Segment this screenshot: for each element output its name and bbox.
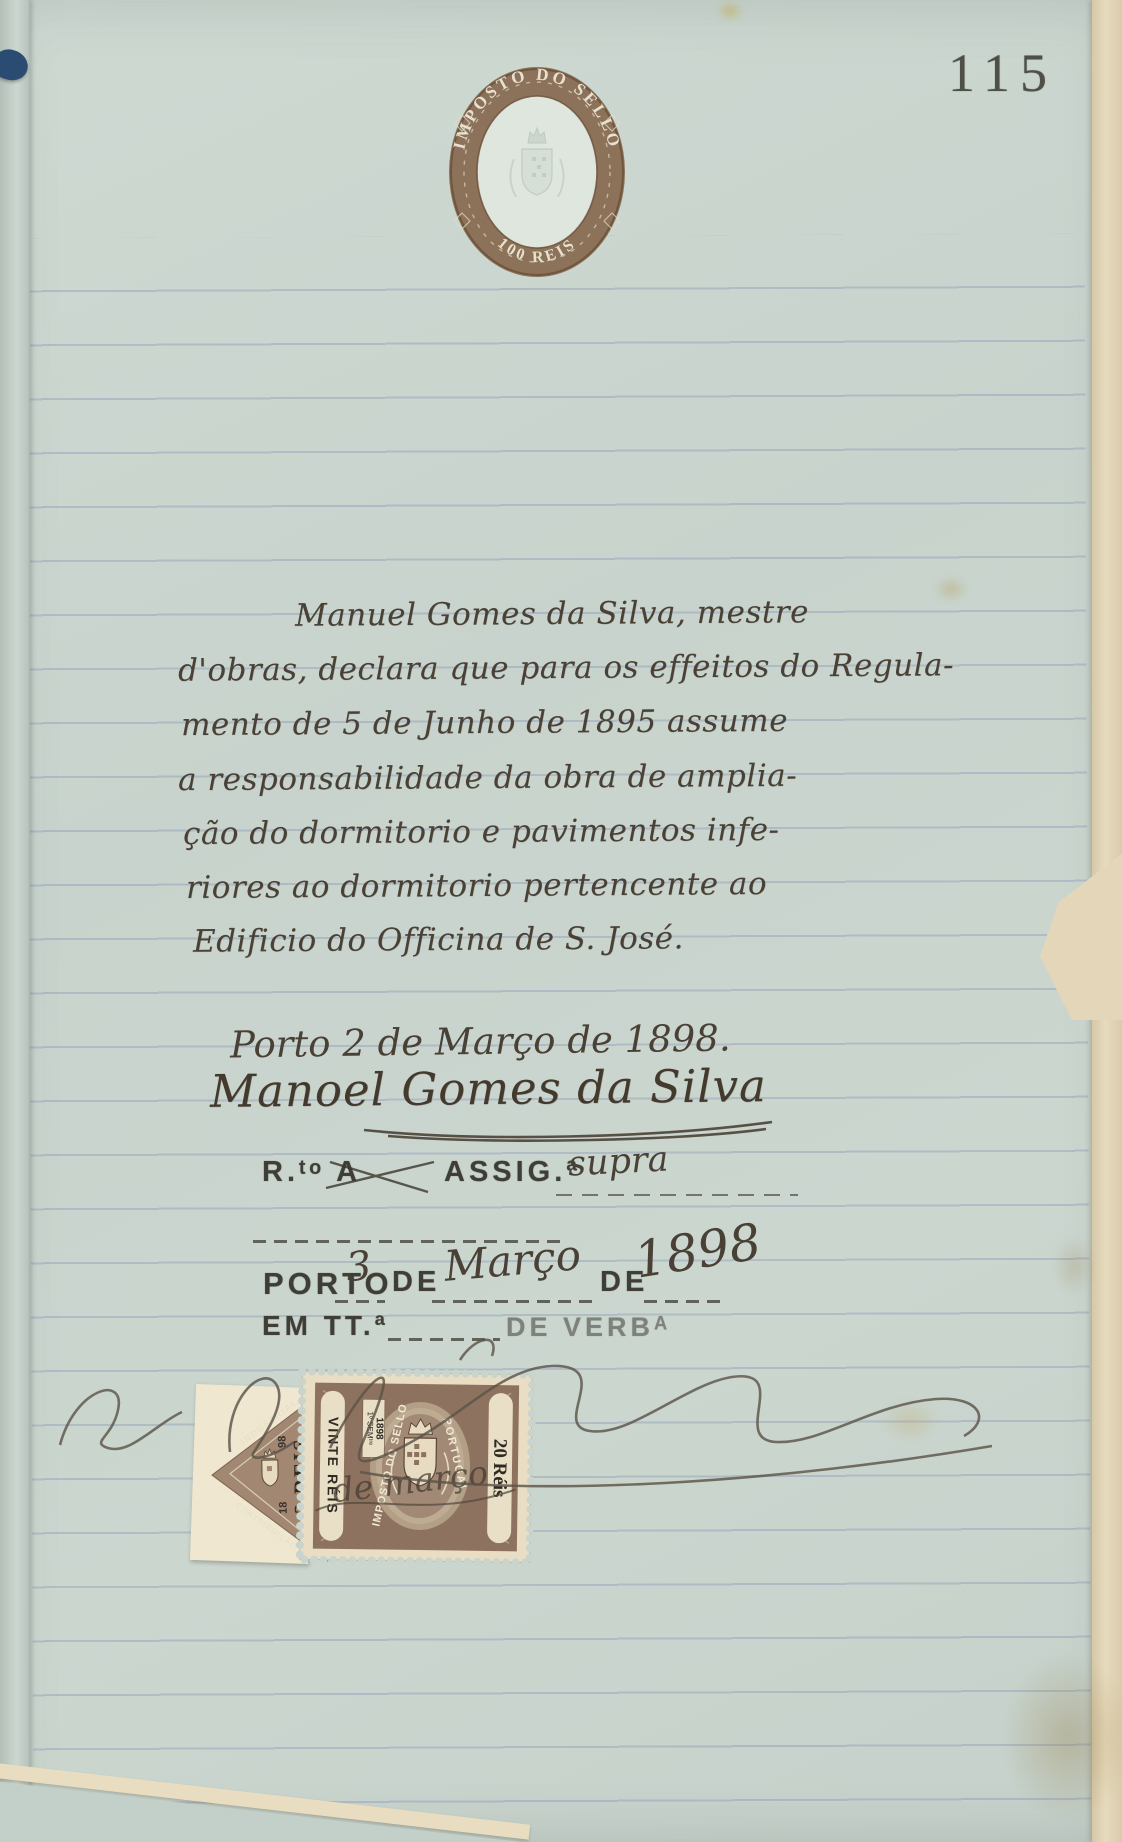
foxing-stain [1052,1236,1096,1296]
assignature-stamp-label: ASSIG.ª [444,1156,581,1189]
manuscript-line: ção do dormitorio e pavimentos infe- [183,812,780,852]
manuscript-line: Edificio do Officina de S. José. [193,920,684,959]
month-handwritten-value: Março [442,1230,583,1291]
manuscript-line: riores ao dormitorio pertencente ao [186,866,767,906]
manuscript-line: a responsabilidade da obra de amplia- [178,758,797,798]
stamped-blank-line [335,1300,385,1303]
clerk-paraph-flourish [30,1330,1030,1520]
under-sheet-corner [0,1778,520,1842]
year-handwritten-value: 1898 [630,1212,765,1289]
right-edge-torn-notch [1040,852,1122,1020]
stamped-blank-line [432,1300,592,1303]
manuscript-line: mento de 5 de Junho de 1895 assume [181,703,788,743]
declarant-signature: Manoel Gomes da Silva [210,1059,767,1118]
foxing-stain [934,576,968,602]
cross-out-mark [322,1154,440,1198]
day-handwritten-value: 3 [344,1243,374,1291]
stamped-blank-line [644,1300,720,1303]
document-page: IMPOSTO DO SELLO 100 REIS 115 Manuel Gom… [0,0,1122,1842]
dashed-underline [556,1194,798,1196]
assignature-handwritten-value: supra [567,1139,669,1184]
manuscript-line: Manuel Gomes da Silva, mestre [295,594,809,634]
embossed-tax-seal: IMPOSTO DO SELLO 100 REIS [432,55,642,290]
de-stamp-label: DE [392,1266,440,1299]
page-number-stamp: 115 [948,42,1057,104]
signature-underline-flourish [358,1116,782,1146]
left-page-edge [0,0,30,1842]
foxing-stain [716,0,744,22]
date-line: Porto 2 de Março de 1898. [230,1017,731,1067]
manuscript-line: d'obras, declara que para os effeitos do… [178,647,954,688]
